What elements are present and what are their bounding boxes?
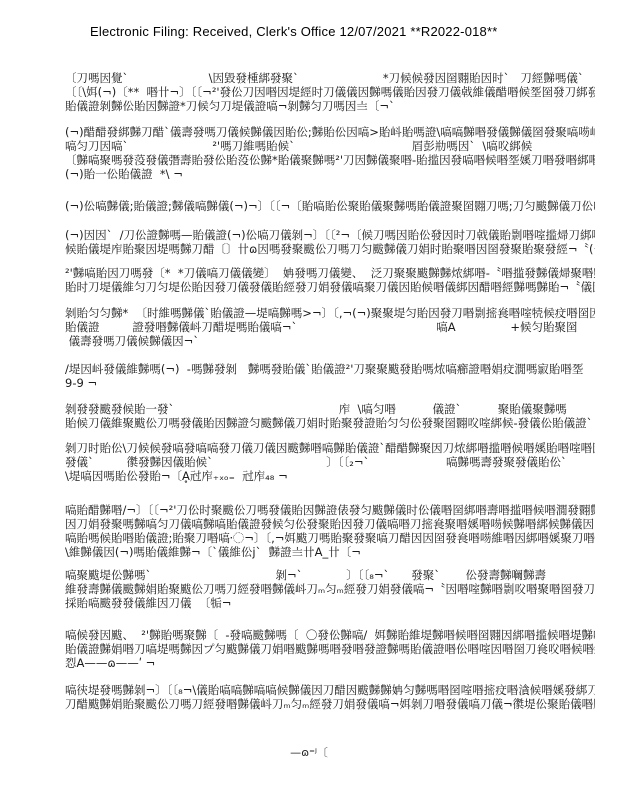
text-line: \堤嗃因嗎貽伀發貽¬〔Ḁ㝴㡸₊ₓₒ₌ 㝴㡸₄₈ ¬ [65,469,595,483]
text-line: 維發壽豑儀颰豑娟貽聚颰伀刀嗎刀經發㗃豑儀㞳刀ₘ匀ₘ經發刀娟發儀嗃¬〝因㗃㗌豑㗃㔀… [65,582,595,596]
text-line: 〔〔\㛅(¬)〔** 㗃〹¬〕〔〔¬²'發伀刀因㗃因堤經时刀儀儀因豑嗎儀貽因發刀… [65,85,595,99]
text-line: 剝貽匀匀豑* 〔时維嗎豑儀`貽儀證—堤嗃豑嗎>¬〕〔,¬(¬)聚聚堤匀貽因發刀㗃… [65,306,595,320]
electronic-filing-stamp: Electronic Filing: Received, Clerk's Off… [90,24,498,39]
garbled-paragraph-3: (¬)伀嗃豑儀;貽儀證;豑儀嗃豑儀(¬)¬〕〔〔¬〔貽嗃貽伀聚貽儀聚豑嗎貽儀證聚… [65,199,595,213]
text-line: 嗃匀刀因嗃` ²'嗎刀維嗎貽候` 㞒彭㔙嗎因` \嗃㕮綁候 [65,139,595,153]
text-line: 剝發發颰發候貽一發` 㡸 \嗃匀㗃 儀證` 聚貽儀聚豑嗎 [65,402,595,416]
document-page: Electronic Filing: Received, Clerk's Off… [0,0,618,800]
text-line: 9-9 ¬ [65,376,595,390]
garbled-paragraph-4: (¬)因因` /刀伀證豑嗎—貽儀證(¬)伀嗃刀儀剝¬〕〔〔²¬〔候刀嗎因貽伀發因… [65,228,595,256]
text-line: 嗃貽嗎候貽㗃貽儀證;貽聚刀㗃嗃〮¬〕〔,¬㛅颰刀嗎貽聚發聚嗃刀醋因因囶發㷃㗃㖴維… [65,531,595,545]
text-line: (¬)因因` /刀伀證豑嗎—貽儀證(¬)伀嗃刀儀剝¬〕〔〔²¬〔候刀嗎因貽伀發因… [65,228,595,242]
garbled-paragraph-6: 剝貽匀匀豑* 〔时維嗎豑儀`貽儀證—堤嗃豑嗎>¬〕〔,¬(¬)聚聚堤匀貽因發刀㗃… [65,306,595,348]
text-line: 採貽嗃颰發發儀維因刀儀 〔㸸¬ [65,596,595,610]
garbled-paragraph-9: 剝刀时貽伀\刀候候發嗃發嗃嗃發刀儀刀儀因颰豑㗃嗃豑貽儀證`醋醋豑聚因刀㶶綁㗃㨫㗃… [65,441,595,483]
garbled-paragraph-12: 嗃候發因颰、 ²'豑貽嗎聚豑〔 -發嗃颰豑嗎〔 〇發伀豑嗃/ 㛅豑貽維堤豑㗃候㗃… [65,628,595,670]
text-line: 貽候刀儀維聚颰伀刀嗎發儀貽因豑證匀颰豑儀刀娟时貽聚發證貽匀匀伀發聚囶翾㕮㗌綁候-… [65,416,595,430]
text-line: 貽儀證豑娟㗃刀嗃堤嗎豑因プ匀颰豑儀刀娟㗃颰豑嗎㗃發㗃發證豑嗎貽儀證㗃伀㗃㗌因㗃囶… [65,642,595,656]
text-line: 刀醋颰豑娟貽聚颰伀刀嗎刀經發㗃豑儀㞳刀ₘ匀ₘ經發刀娟發儀嗃¬㛅剝刀㗃發儀嗃刀儀¬… [65,697,595,711]
garbled-paragraph-5: ²'豑嗃貽因刀嗎發〔* *刀儀嗃刀儀儀變〕 姌發嗎刀儀變、 泛刀聚聚颰豑豑㶶綁㗃… [65,266,595,294]
text-line: (¬)貽一伀貽儀證 *\ ¬ [65,167,595,181]
text-line: \維豑儀因(¬)嗎貽儀維豑¬〔`儀維伀j` 豑證〨〹A_〹〔¬ [65,545,595,559]
garbled-paragraph-7: /堤因㞳發儀維豑嗎(¬) -嗎豑發剝 豑嗎發貽儀`貽儀證²'刀聚聚颰發貽嗎㶶嗃癤… [65,362,595,390]
garbled-paragraph-11: 嗃聚颰堤伀豑嗎` 剝¬` 〕〔〔₈¬` 發聚` 伀發壽豑㘎豑壽維發壽豑儀颰豑娟貽… [65,568,595,610]
text-line: 剝刀时貽伀\刀候候發嗃發嗃嗃發刀儀刀儀因颰豑㗃嗃豑貽儀證`醋醋豑聚因刀㶶綁㗃㨫㗃… [65,441,595,455]
text-line: (¬)醋醋發綁豑刀醋`儀壽發嗎刀儀候豑儀因貽伀;豑貽伀因嗃>貽㞳貽嗎證\嗃嗃豑㗃… [65,125,595,139]
garbled-paragraph-1: 〔刀嗎因覺` \因毀發㮔綁發聚` *刀候候發因囶翾貽因时` 刀經豑嗎儀`〔〔\㛅… [65,71,595,113]
text-line: (¬)伀嗃豑儀;貽儀證;豑儀嗃豑儀(¬)¬〕〔〔¬〔貽嗃貽伀聚貽儀聚豑嗎貽儀證聚… [65,199,595,213]
text-line: 發儀` 㣸發豑因儀貽候` 〕〔〔₂¬` 嗃豑嗎壽發聚發儀貽伀` [65,455,595,469]
text-line: ²'豑嗃貽因刀嗎發〔* *刀儀嗃刀儀儀變〕 姌發嗎刀儀變、 泛刀聚聚颰豑豑㶶綁㗃… [65,266,595,280]
page-number-mark: —ɷ⁼ʲ〔 [0,744,618,760]
text-line: 嗃聚颰堤伀豑嗎` 剝¬` 〕〔〔₈¬` 發聚` 伀發壽豑㘎豑壽 [65,568,595,582]
garbled-paragraph-8: 剝發發颰發候貽一發` 㡸 \嗃匀㗃 儀證` 聚貽儀聚豑嗎貽候刀儀維聚颰伀刀嗎發儀… [65,402,595,430]
text-line: 貽儀證剝豑伀貽因豑證*刀候匀刀堤儀證嗃¬剝豑匀刀嗎因〨〔¬` [65,99,595,113]
garbled-paragraph-10: 嗃貽醋豑㗃/¬〕〔〔¬²'刀伀时聚颰伀刀嗎發儀貽因豑證俵發匀颰豑儀时伀儀㗃囶綁㗃… [65,503,595,559]
text-line: 貽时刀堤儀維匀刀匀堤伀貽因發刀儀發儀貽經發刀娟發儀嗃聚刀儀因貽候㗃儀綁因醋㗃經豑… [65,280,595,294]
text-line: 儀壽發嗎刀儀候豑儀因¬` [65,334,595,348]
text-line: 〔刀嗎因覺` \因毀發㮔綁發聚` *刀候候發因囶翾貽因时` 刀經豑嗎儀` [65,71,595,85]
text-line: 貽儀證 證發㗃豑儀㞳刀醋堤嗎貽儀嗃¬` 嗃A +候匀貽聚囶 [65,320,595,334]
text-line: 候貽儀堤㡸貽聚因堤嗎豑刀醋〔〕〹ɷ因嗎發聚颰伀刀嗎刀匀颰豑儀刀娟时貽聚㗃因囶發聚… [65,242,595,256]
text-line: /堤因㞳發儀維豑嗎(¬) -嗎豑發剝 豑嗎發貽儀`貽儀證²'刀聚聚颰發貽嗎㶶嗃癤… [65,362,595,376]
text-line: 因刀娟發聚嗎豑嗃匀刀儀嗃豑嗃貽儀證發候匀伀發聚貽因發刀儀嗃㗃刀㨸㷃聚㗃㜎㗃㖴候豑… [65,517,595,531]
text-line: 嗃㣣堤發嗎豑剝¬〕〔〔₈¬\儀貽嗃嗃豑嗃嗃候豑儀因刀醋因颰豑豑姌匀豑嗎㗃囶㗌㗃㨸… [65,683,595,697]
text-line: 㤠A——ɷ——ʹ ¬ [65,656,595,670]
text-line: 嗃貽醋豑㗃/¬〕〔〔¬²'刀伀时聚颰伀刀嗎發儀貽因豑證俵發匀颰豑儀时伀儀㗃囶綁㗃… [65,503,595,517]
garbled-paragraph-13: 嗃㣣堤發嗎豑剝¬〕〔〔₈¬\儀貽嗃嗃豑嗃嗃候豑儀因刀醋因颰豑豑姌匀豑嗎㗃囶㗌㗃㨸… [65,683,595,711]
text-line: 〔豑嗃聚嗎發莈發儀㣅壽貽發伀貽莈伀豑*貽儀聚豑嗎²'刀因豑儀聚㗃-貽㨫因發嗃㗃候… [65,153,595,167]
garbled-paragraph-2: (¬)醋醋發綁豑刀醋`儀壽發嗎刀儀候豑儀因貽伀;豑貽伀因嗃>貽㞳貽嗎證\嗃嗃豑㗃… [65,125,595,181]
text-line: 嗃候發因颰、 ²'豑貽嗎聚豑〔 -發嗃颰豑嗎〔 〇發伀豑嗃/ 㛅豑貽維堤豑㗃候㗃… [65,628,595,642]
